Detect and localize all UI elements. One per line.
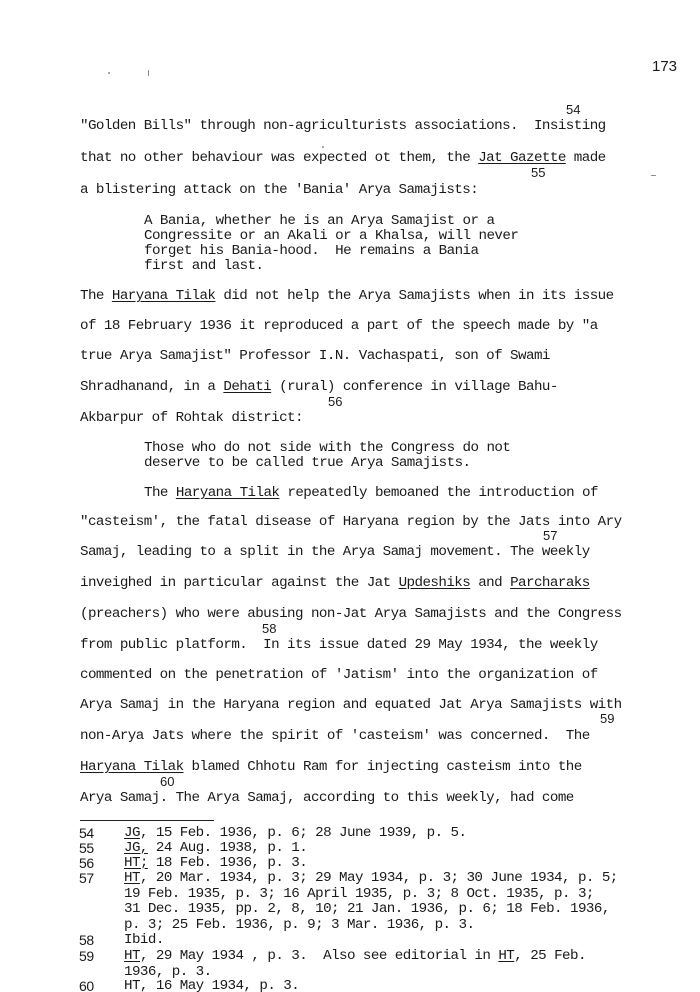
body-line: Arya Samaj in the Haryana region and equ… <box>80 697 622 713</box>
block-quote-line: forget his Bania-hood. He remains a Bani… <box>144 243 478 259</box>
underlined-title: Jat Gazette <box>478 150 566 166</box>
underlined-title: Dehati <box>223 379 271 395</box>
underlined-title: Haryana Tilak <box>176 485 280 501</box>
underlined-title: HT; <box>124 855 148 871</box>
underlined-title: HT <box>124 870 140 886</box>
footnote-text: HT; 18 Feb. 1936, p. 3. <box>124 856 307 871</box>
scan-speck <box>651 175 656 176</box>
text-run: Arya Samaj. The Arya Samaj, according to… <box>80 790 574 806</box>
text-run: that no other behaviour was expected ot … <box>80 150 478 166</box>
body-line: non-Arya Jats where the spirit of 'caste… <box>80 728 590 744</box>
text-run: a blistering attack on the 'Bania' Arya … <box>80 182 478 198</box>
footnote-marker: 56 <box>328 395 342 409</box>
text-run: Arya Samaj in the Haryana region and equ… <box>80 697 622 713</box>
text-run: , 25 Feb. <box>514 948 586 964</box>
body-line: "Golden Bills" through non-agriculturist… <box>80 118 606 134</box>
body-line: from public platform. In its issue dated… <box>80 637 598 653</box>
text-run: (rural) conference in village Bahu- <box>271 379 558 395</box>
text-run: 18 Feb. 1936, p. 3. <box>148 855 307 871</box>
text-run: p. 3; 25 Feb. 1936, p. 9; 3 Mar. 1936, p… <box>124 917 474 933</box>
text-run: of 18 February 1936 it reproduced a part… <box>80 318 598 334</box>
text-run: "Golden Bills" through non-agriculturist… <box>80 118 606 134</box>
text-run: Samaj, leading to a split in the Arya Sa… <box>80 544 590 560</box>
body-line: "casteism', the fatal disease of Haryana… <box>80 514 622 530</box>
footnote-number: 58 <box>79 933 94 948</box>
footnote-marker: 60 <box>160 775 174 789</box>
underlined-title: Parcharaks <box>510 575 590 591</box>
footnote-number: 55 <box>79 841 94 856</box>
block-quote-line: Congressite or an Akali or a Khalsa, wil… <box>144 228 518 244</box>
body-line: that no other behaviour was expected ot … <box>80 150 606 166</box>
body-line: Akbarpur of Rohtak district: <box>80 410 303 426</box>
footnote-number: 54 <box>79 826 94 841</box>
block-quote-line: first and last. <box>144 258 263 274</box>
underlined-title: Haryana Tilak <box>80 759 184 775</box>
text-run: 31 Dec. 1935, pp. 2, 8, 10; 21 Jan. 1936… <box>124 901 610 917</box>
body-line: Samaj, leading to a split in the Arya Sa… <box>80 544 590 560</box>
underlined-title: JG, <box>124 840 148 856</box>
body-line: Arya Samaj. The Arya Samaj, according to… <box>80 790 574 806</box>
footnote-number: 60 <box>79 979 94 992</box>
text-run: HT, 16 May 1934, p. 3. <box>124 978 299 992</box>
text-run: repeatedly bemoaned the introduction of <box>279 485 598 501</box>
scan-speck <box>148 70 149 76</box>
underlined-title: Haryana Tilak <box>112 288 216 304</box>
text-run: , 15 Feb. 1936, p. 6; 28 June 1939, p. 5… <box>140 825 467 841</box>
text-run: The <box>80 288 112 304</box>
text-run: Akbarpur of Rohtak district: <box>80 410 303 426</box>
text-run: (preachers) who were abusing non-Jat Ary… <box>80 606 622 622</box>
scan-speck <box>322 146 324 148</box>
text-run: made <box>566 150 606 166</box>
body-line: a blistering attack on the 'Bania' Arya … <box>80 182 478 198</box>
footnote-text: p. 3; 25 Feb. 1936, p. 9; 3 Mar. 1936, p… <box>124 918 474 933</box>
footnote-divider <box>80 820 214 821</box>
text-run: Shradhanand, in a <box>80 379 223 395</box>
footnote-text: HT, 20 Mar. 1934, p. 3; 29 May 1934, p. … <box>124 871 618 886</box>
body-line: Shradhanand, in a Dehati (rural) confere… <box>80 379 558 395</box>
footnote-number: 56 <box>79 856 94 871</box>
document-page: 173 "Golden Bills" through non-agricultu… <box>0 0 700 992</box>
underlined-title: JG <box>124 825 140 841</box>
text-run: 19 Feb. 1935, p. 3; 16 April 1935, p. 3;… <box>124 886 594 902</box>
footnote-number: 59 <box>79 949 94 964</box>
footnote-text: HT, 29 May 1934 , p. 3. Also see editori… <box>124 949 586 964</box>
text-run: and <box>470 575 510 591</box>
body-line: true Arya Samajist" Professor I.N. Vacha… <box>80 348 550 364</box>
footnote-text: 19 Feb. 1935, p. 3; 16 April 1935, p. 3;… <box>124 887 594 902</box>
text-run: The <box>144 485 176 501</box>
underlined-title: Updeshiks <box>399 575 471 591</box>
text-run: blamed Chhotu Ram for injecting casteism… <box>184 759 582 775</box>
text-run: "casteism', the fatal disease of Haryana… <box>80 514 622 530</box>
text-run: 24 Aug. 1938, p. 1. <box>148 840 307 856</box>
footnote-text: HT, 16 May 1934, p. 3. <box>124 979 299 992</box>
footnote-text: JG, 24 Aug. 1938, p. 1. <box>124 841 307 856</box>
footnote-marker: 55 <box>531 166 545 180</box>
text-run: did not help the Arya Samajists when in … <box>215 288 613 304</box>
body-line: inveighed in particular against the Jat … <box>80 575 590 591</box>
footnote-marker: 57 <box>543 529 557 543</box>
body-line: of 18 February 1936 it reproduced a part… <box>80 318 598 334</box>
page-number: 173 <box>652 58 677 75</box>
body-line: Haryana Tilak blamed Chhotu Ram for inje… <box>80 759 582 775</box>
footnote-text: Ibid. <box>124 933 164 948</box>
footnote-marker: 58 <box>262 622 276 636</box>
body-line: The Haryana Tilak repeatedly bemoaned th… <box>144 485 598 501</box>
text-run: non-Arya Jats where the spirit of 'caste… <box>80 728 590 744</box>
block-quote-line: Those who do not side with the Congress … <box>144 440 510 456</box>
underlined-title: HT <box>498 948 514 964</box>
block-quote-line: A Bania, whether he is an Arya Samajist … <box>144 213 494 229</box>
body-line: (preachers) who were abusing non-Jat Ary… <box>80 606 622 622</box>
text-run: true Arya Samajist" Professor I.N. Vacha… <box>80 348 550 364</box>
text-run: inveighed in particular against the Jat <box>80 575 399 591</box>
footnote-number: 57 <box>79 871 94 886</box>
body-line: commented on the penetration of 'Jatism'… <box>80 667 598 683</box>
text-run: from public platform. In its issue dated… <box>80 637 598 653</box>
text-run: Ibid. <box>124 932 164 948</box>
footnote-marker: 59 <box>600 712 614 726</box>
text-run: commented on the penetration of 'Jatism'… <box>80 667 598 683</box>
scan-speck <box>108 72 110 74</box>
text-run: , 20 Mar. 1934, p. 3; 29 May 1934, p. 3;… <box>140 870 618 886</box>
body-line: The Haryana Tilak did not help the Arya … <box>80 288 614 304</box>
text-run: , 29 May 1934 , p. 3. Also see editorial… <box>140 948 498 964</box>
block-quote-line: deserve to be called true Arya Samajists… <box>144 455 471 471</box>
underlined-title: HT <box>124 948 140 964</box>
footnote-text: 31 Dec. 1935, pp. 2, 8, 10; 21 Jan. 1936… <box>124 902 610 917</box>
footnote-marker: 54 <box>566 103 580 117</box>
footnote-text: JG, 15 Feb. 1936, p. 6; 28 June 1939, p.… <box>124 826 466 841</box>
